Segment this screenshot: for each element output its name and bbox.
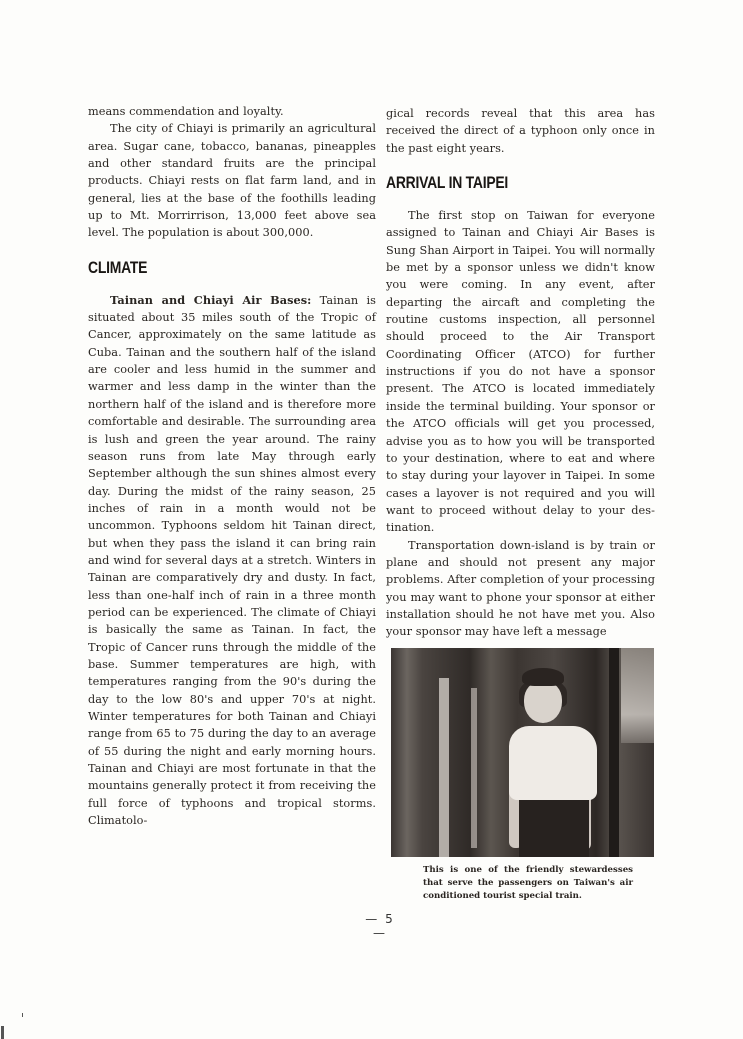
photo-window — [621, 648, 654, 743]
photo-hat — [522, 668, 564, 686]
paragraph-chiayi-agriculture: The city of Chiayi is primarily an agric… — [88, 120, 376, 241]
paragraph-arrival: The first stop on Taiwan for everyone as… — [386, 207, 655, 537]
page-number: — 5 — — [358, 912, 402, 940]
left-column: means commendation and loyalty. The city… — [88, 103, 376, 829]
photo-face — [524, 681, 562, 723]
paragraph-climate: Tainan and Chiayi Air Bases: Tainan is s… — [88, 292, 376, 830]
heading-arrival-in-taipei: ARRIVAL IN TAIPEI — [386, 173, 607, 193]
right-column: gical records reveal that this area has … — [386, 105, 655, 641]
paragraph-climatology-continued: gical records reveal that this area has … — [386, 105, 655, 157]
runin-heading-air-bases: Tainan and Chiayi Air Bases: — [110, 293, 311, 307]
scan-specks — [0, 1000, 30, 1039]
heading-climate: CLIMATE — [88, 258, 324, 278]
photo-caption: This is one of the friendly stewardesses… — [423, 864, 633, 902]
stewardess-photo — [391, 648, 654, 857]
photo-door-frame — [471, 688, 477, 848]
photo-door-frame — [439, 678, 449, 857]
paragraph-transportation: Transportation down-island is by train o… — [386, 537, 655, 641]
photo-blouse — [509, 726, 597, 800]
photo-skirt — [519, 798, 589, 857]
paragraph-continuation: means commendation and loyalty. — [88, 103, 376, 120]
photo-pillar — [609, 648, 619, 857]
paragraph-climate-body: Tainan is situated about 35 miles south … — [88, 294, 376, 827]
